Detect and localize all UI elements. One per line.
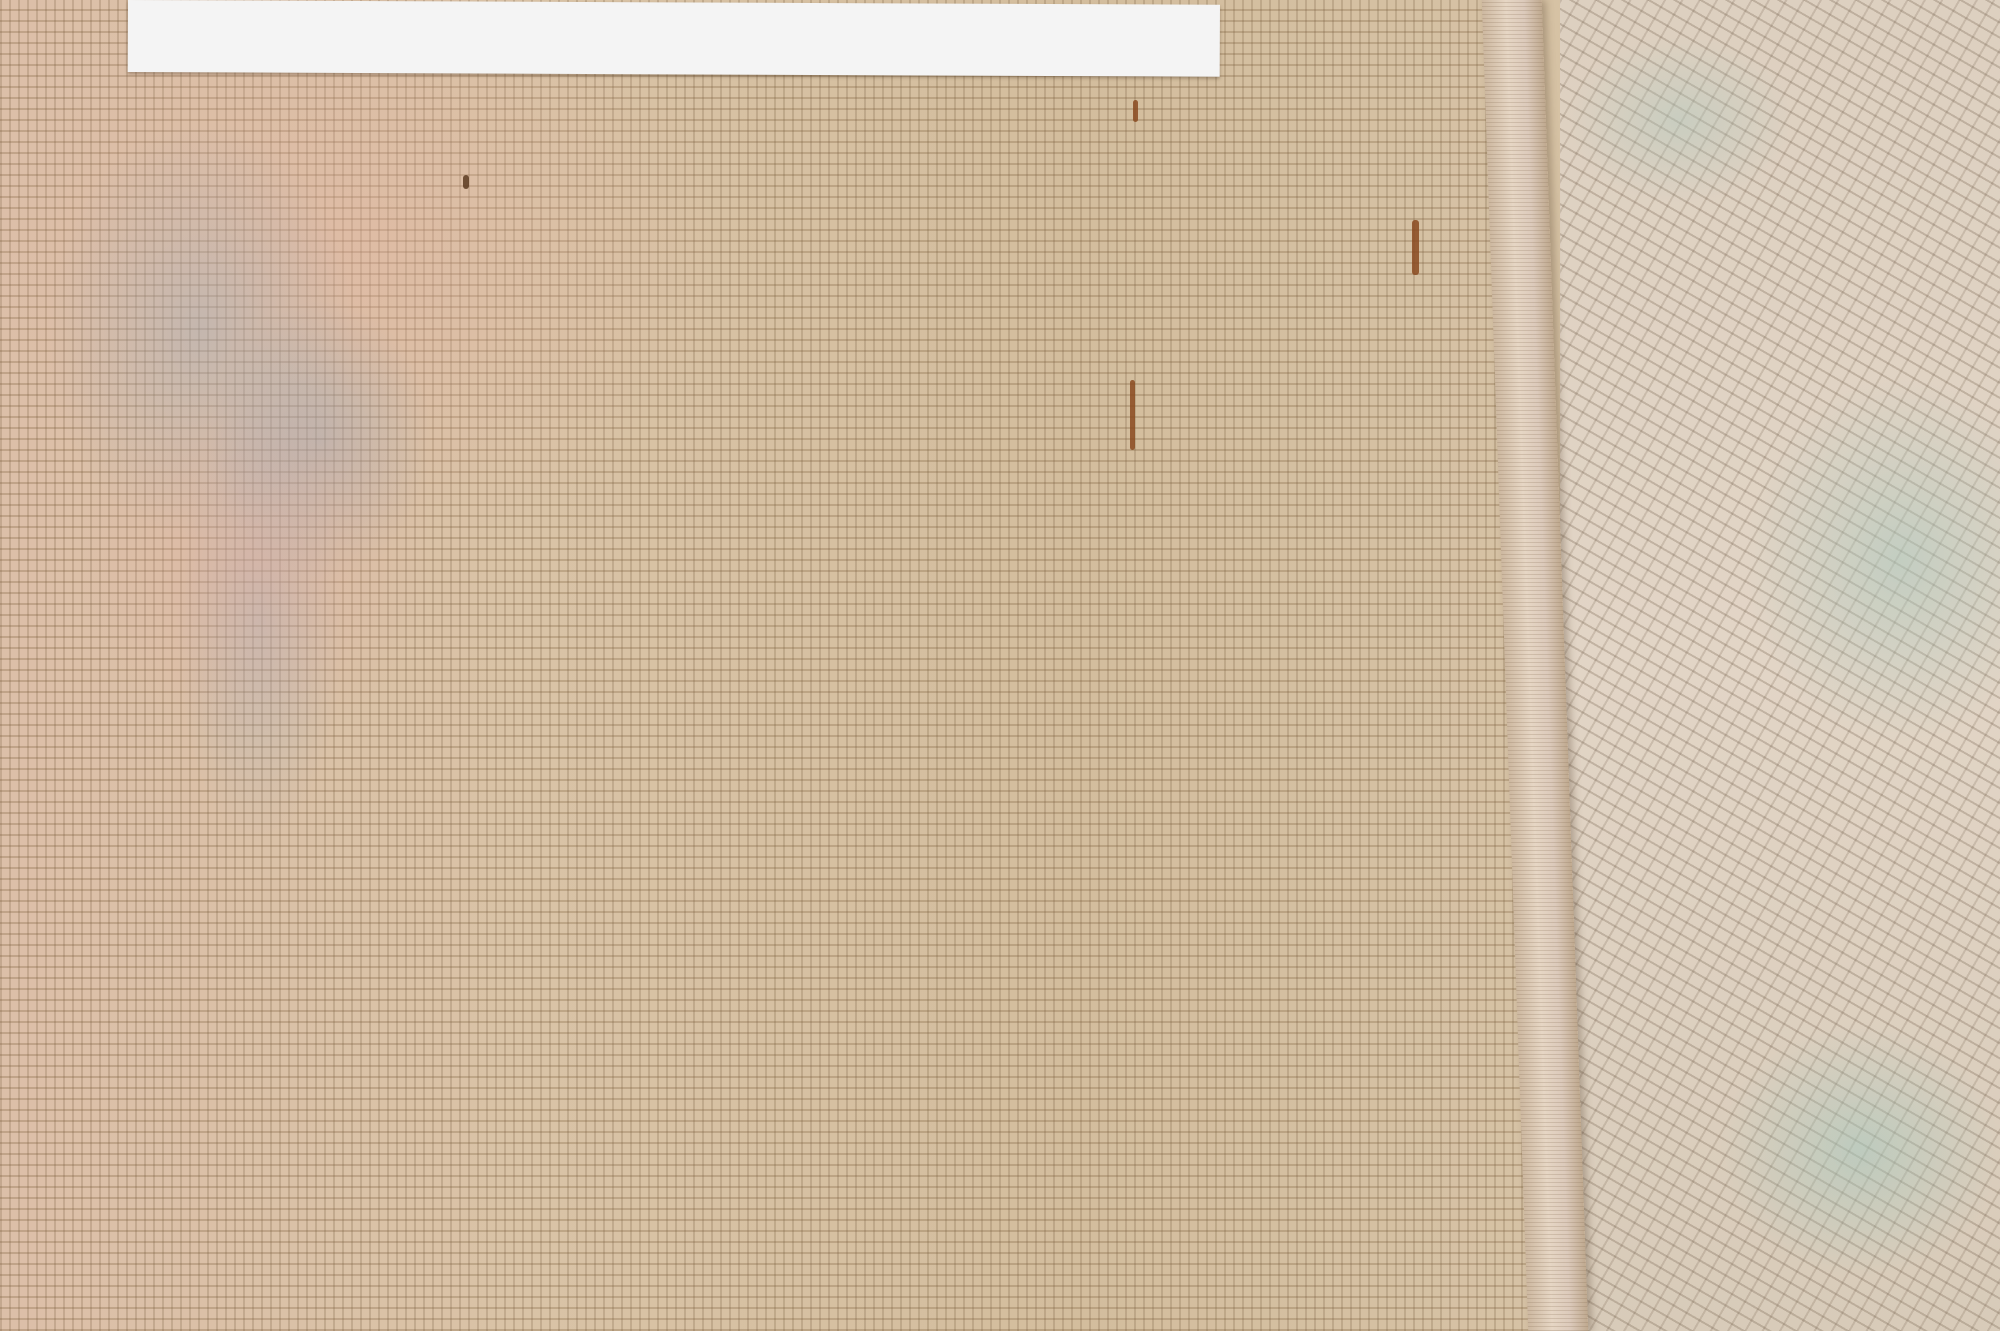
white-label xyxy=(128,0,1220,77)
rug-photo xyxy=(0,0,2000,1331)
rust-stain xyxy=(1412,220,1419,275)
folded-rug-pile xyxy=(1560,0,2000,1331)
rust-stain xyxy=(1130,380,1135,450)
woven-rug-back xyxy=(0,0,1535,1331)
dark-spot xyxy=(463,175,469,189)
rust-stain xyxy=(1133,100,1138,122)
